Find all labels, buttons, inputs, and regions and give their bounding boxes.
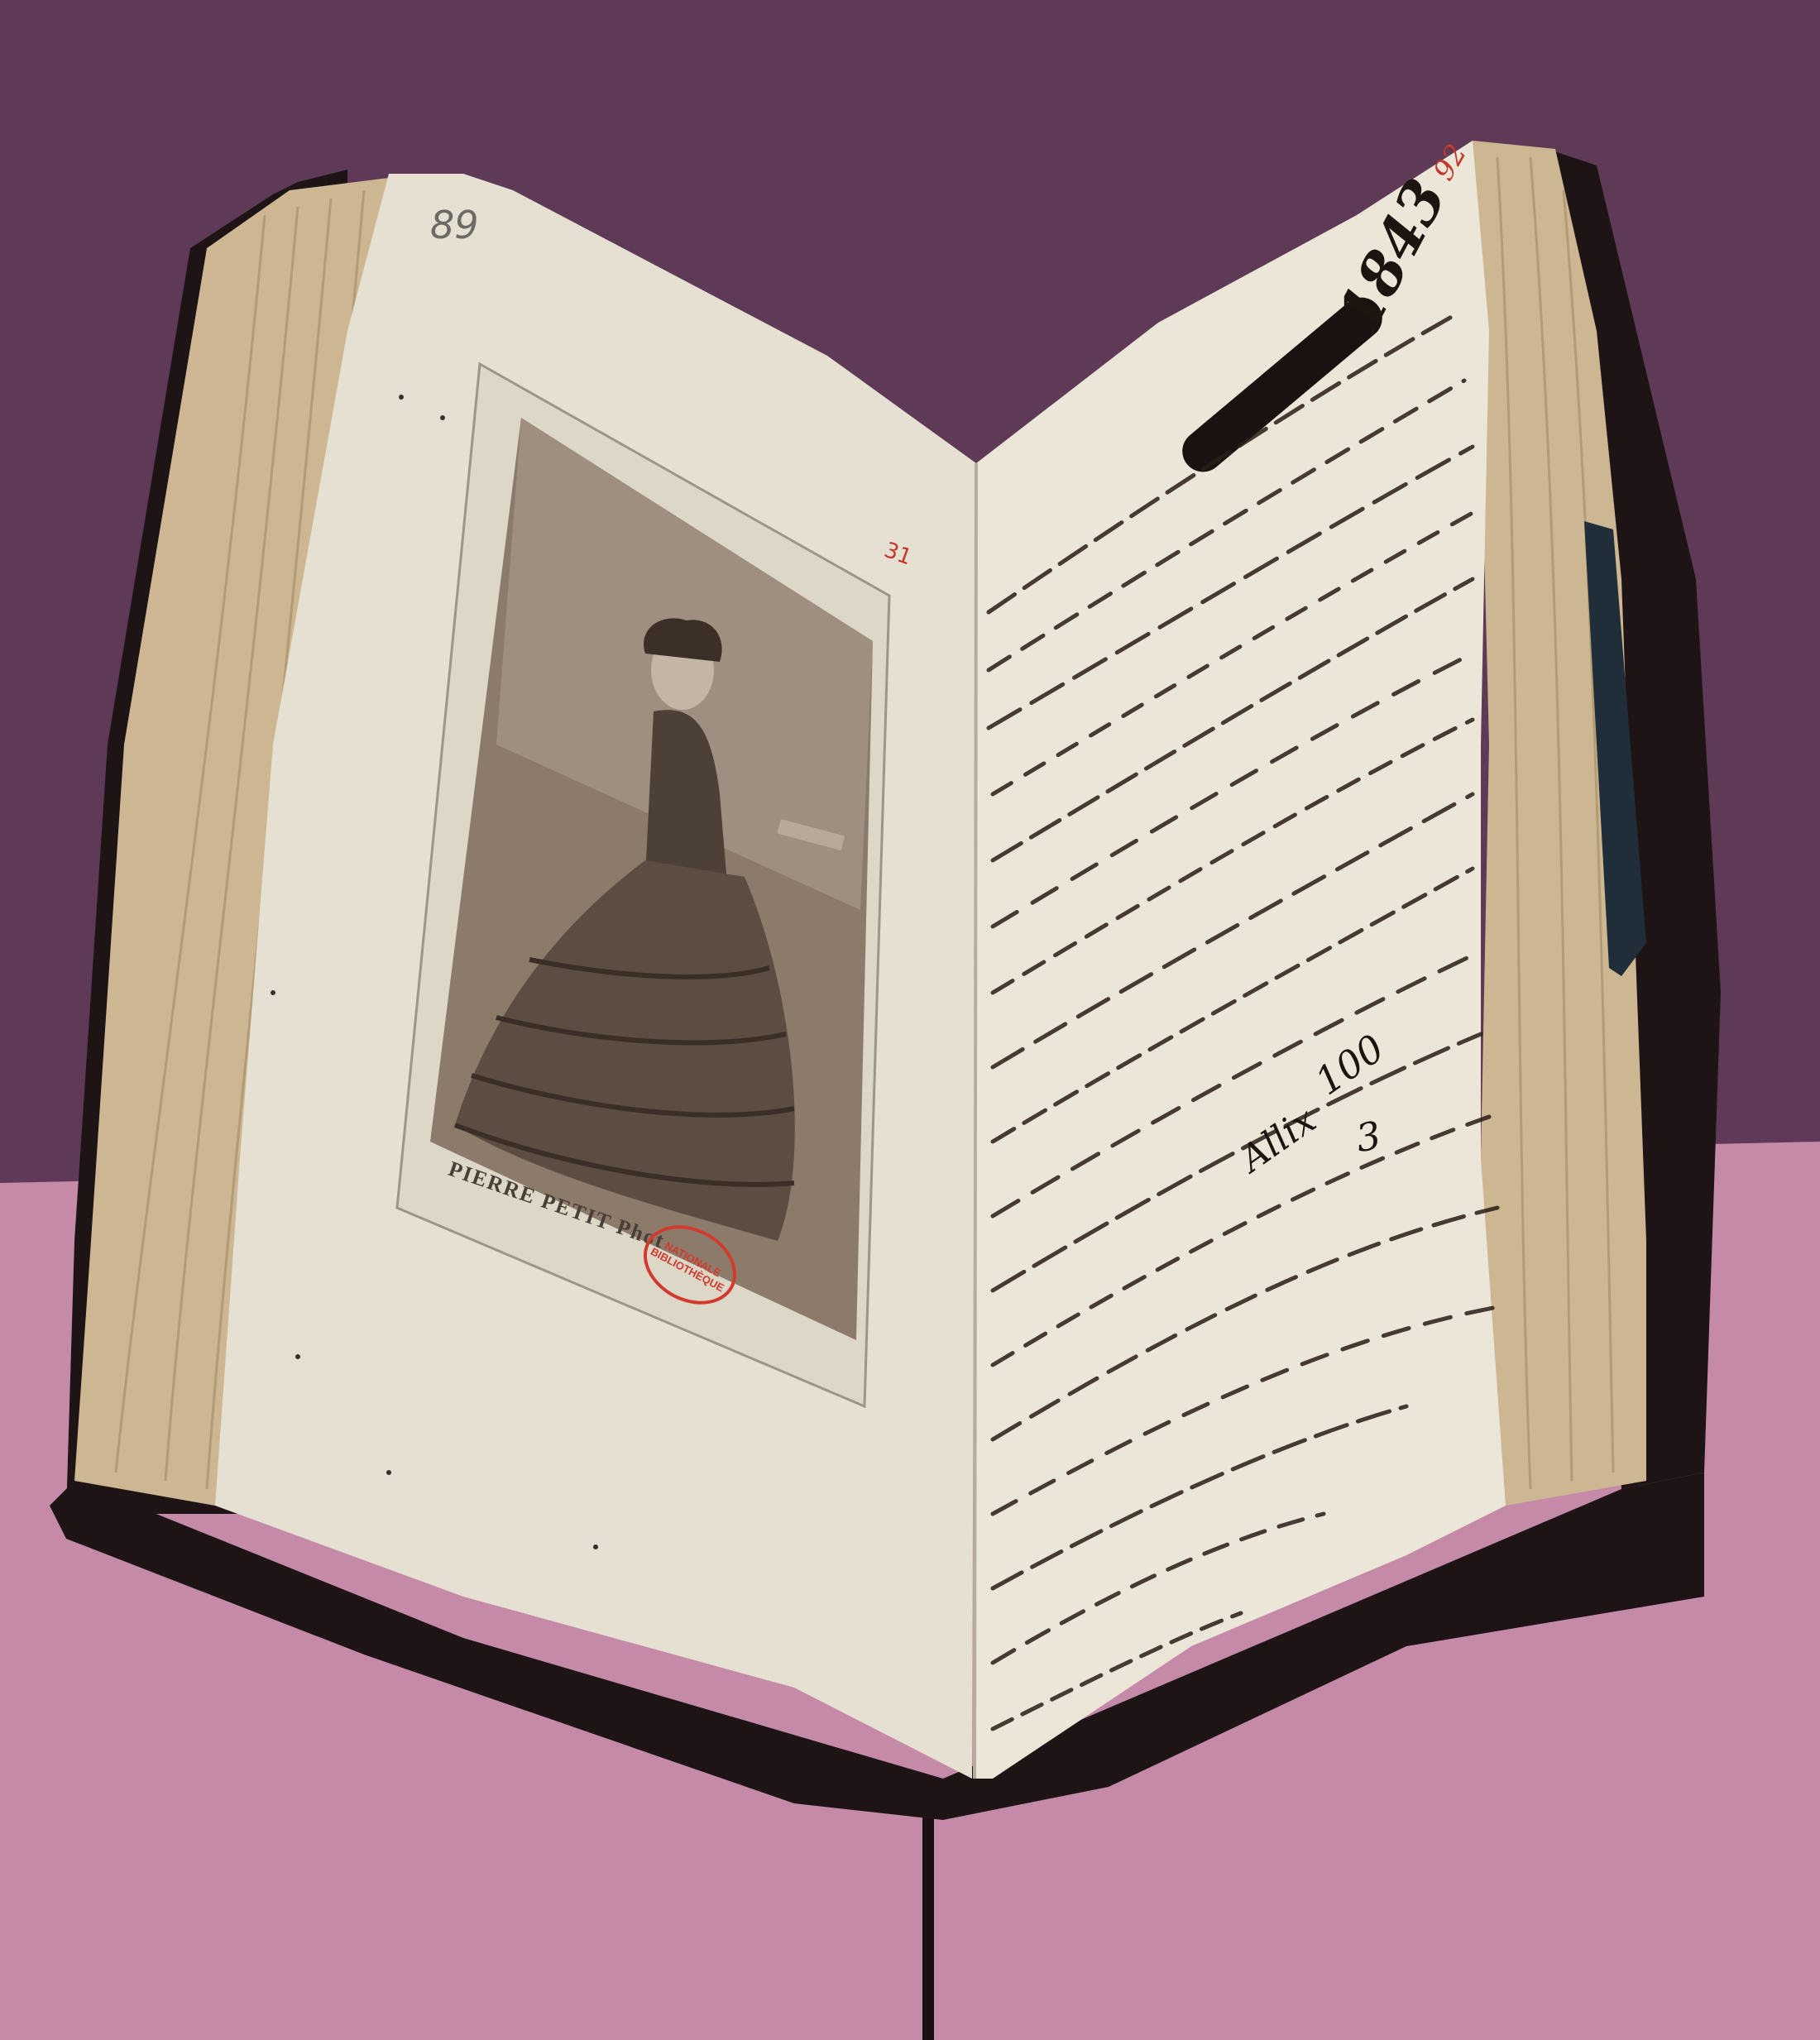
book-illustration [0,0,1820,2040]
museum-scene: 89 PIERRE PETIT Phot 31 NATIONALE BIBLIO… [0,0,1820,2040]
page-number: 89 [430,203,479,247]
right-page [976,141,1506,1779]
